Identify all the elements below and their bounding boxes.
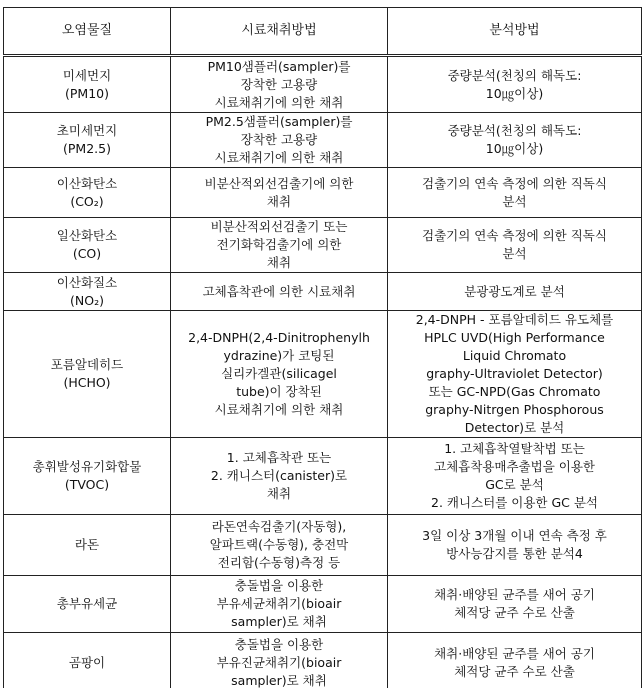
pollutant-cell: 일산화탄소 (CO) <box>4 218 171 273</box>
table-row: 라돈라돈연속검출기(자동형), 알파트랙(수동형), 충전막 전리함(수동형)측… <box>4 515 642 576</box>
pollutant-cell: 곰팡이 <box>4 633 171 688</box>
table-row: 이산화탄소 (CO₂)비분산적외선검출기에 의한 채취검출기의 연속 측정에 의… <box>4 168 642 218</box>
table-row: 포름알데히드 (HCHO)2,4-DNPH(2,4-Dinitrophenylh… <box>4 311 642 438</box>
table-row: 미세먼지 (PM10)PM10샘플러(sampler)를 장착한 고용량 시료채… <box>4 56 642 113</box>
sampling-method-cell: 충돌법을 이용한 부유진균채취기(bioair sampler)로 채취 <box>171 633 388 688</box>
sampling-method-cell: 1. 고체흡착관 또는 2. 캐니스터(canister)로 채취 <box>171 438 388 515</box>
sampling-method-cell: PM2.5샘플러(sampler)를 장착한 고용량 시료채취기에 의한 채취 <box>171 113 388 168</box>
pollutant-cell: 미세먼지 (PM10) <box>4 56 171 113</box>
analysis-method-cell: 채취·배양된 균주를 새어 공기 체적당 균주 수로 산출 <box>388 576 642 633</box>
sampling-method-cell: 2,4-DNPH(2,4-Dinitrophenylh ydrazine)가 코… <box>171 311 388 438</box>
analysis-method-cell: 중량분석(천칭의 해독도: 10㎍이상) <box>388 113 642 168</box>
pollutant-method-table: 오염물질 시료채취방법 분석방법 미세먼지 (PM10)PM10샘플러(samp… <box>3 7 642 688</box>
pollutant-cell: 총부유세균 <box>4 576 171 633</box>
pollutant-cell: 이산화질소 (NO₂) <box>4 273 171 311</box>
pollutant-cell: 라돈 <box>4 515 171 576</box>
pollutant-cell: 포름알데히드 (HCHO) <box>4 311 171 438</box>
analysis-method-cell: 검출기의 연속 측정에 의한 직독식 분석 <box>388 218 642 273</box>
sampling-method-cell: 비분산적외선검출기 또는 전기화학검출기에 의한 채취 <box>171 218 388 273</box>
analysis-method-cell: 2,4-DNPH - 포름알데히드 유도체를 HPLC UVD(High Per… <box>388 311 642 438</box>
header-sampling-method: 시료채취방법 <box>171 8 388 56</box>
analysis-method-cell: 중량분석(천칭의 해독도: 10㎍이상) <box>388 56 642 113</box>
analysis-method-cell: 3일 이상 3개월 이내 연속 측정 후 방사능감지를 통한 분석4 <box>388 515 642 576</box>
header-row: 오염물질 시료채취방법 분석방법 <box>4 8 642 56</box>
analysis-method-cell: 채취·배양된 균주를 새어 공기 체적당 균주 수로 산출 <box>388 633 642 688</box>
table-row: 일산화탄소 (CO)비분산적외선검출기 또는 전기화학검출기에 의한 채취검출기… <box>4 218 642 273</box>
pollutant-cell: 초미세먼지 (PM2.5) <box>4 113 171 168</box>
table-body: 미세먼지 (PM10)PM10샘플러(sampler)를 장착한 고용량 시료채… <box>4 56 642 688</box>
analysis-method-cell: 검출기의 연속 측정에 의한 직독식 분석 <box>388 168 642 218</box>
table-row: 곰팡이충돌법을 이용한 부유진균채취기(bioair sampler)로 채취채… <box>4 633 642 688</box>
table-row: 총부유세균충돌법을 이용한 부유세균채취기(bioair sampler)로 채… <box>4 576 642 633</box>
pollutant-cell: 총휘발성유기화합물 (TVOC) <box>4 438 171 515</box>
sampling-method-cell: 비분산적외선검출기에 의한 채취 <box>171 168 388 218</box>
header-pollutant: 오염물질 <box>4 8 171 56</box>
sampling-method-cell: 고체흡착관에 의한 시료채취 <box>171 273 388 311</box>
pollutant-cell: 이산화탄소 (CO₂) <box>4 168 171 218</box>
analysis-method-cell: 1. 고체흡착열탈착법 또는 고체흡착용매추출법을 이용한 GC로 분석 2. … <box>388 438 642 515</box>
sampling-method-cell: 라돈연속검출기(자동형), 알파트랙(수동형), 충전막 전리함(수동형)측정 … <box>171 515 388 576</box>
header-analysis-method: 분석방법 <box>388 8 642 56</box>
sampling-method-cell: 충돌법을 이용한 부유세균채취기(bioair sampler)로 채취 <box>171 576 388 633</box>
table-row: 총휘발성유기화합물 (TVOC)1. 고체흡착관 또는 2. 캐니스터(cani… <box>4 438 642 515</box>
sampling-method-cell: PM10샘플러(sampler)를 장착한 고용량 시료채취기에 의한 채취 <box>171 56 388 113</box>
analysis-method-cell: 분광광도계로 분석 <box>388 273 642 311</box>
table-row: 초미세먼지 (PM2.5)PM2.5샘플러(sampler)를 장착한 고용량 … <box>4 113 642 168</box>
table-row: 이산화질소 (NO₂)고체흡착관에 의한 시료채취분광광도계로 분석 <box>4 273 642 311</box>
